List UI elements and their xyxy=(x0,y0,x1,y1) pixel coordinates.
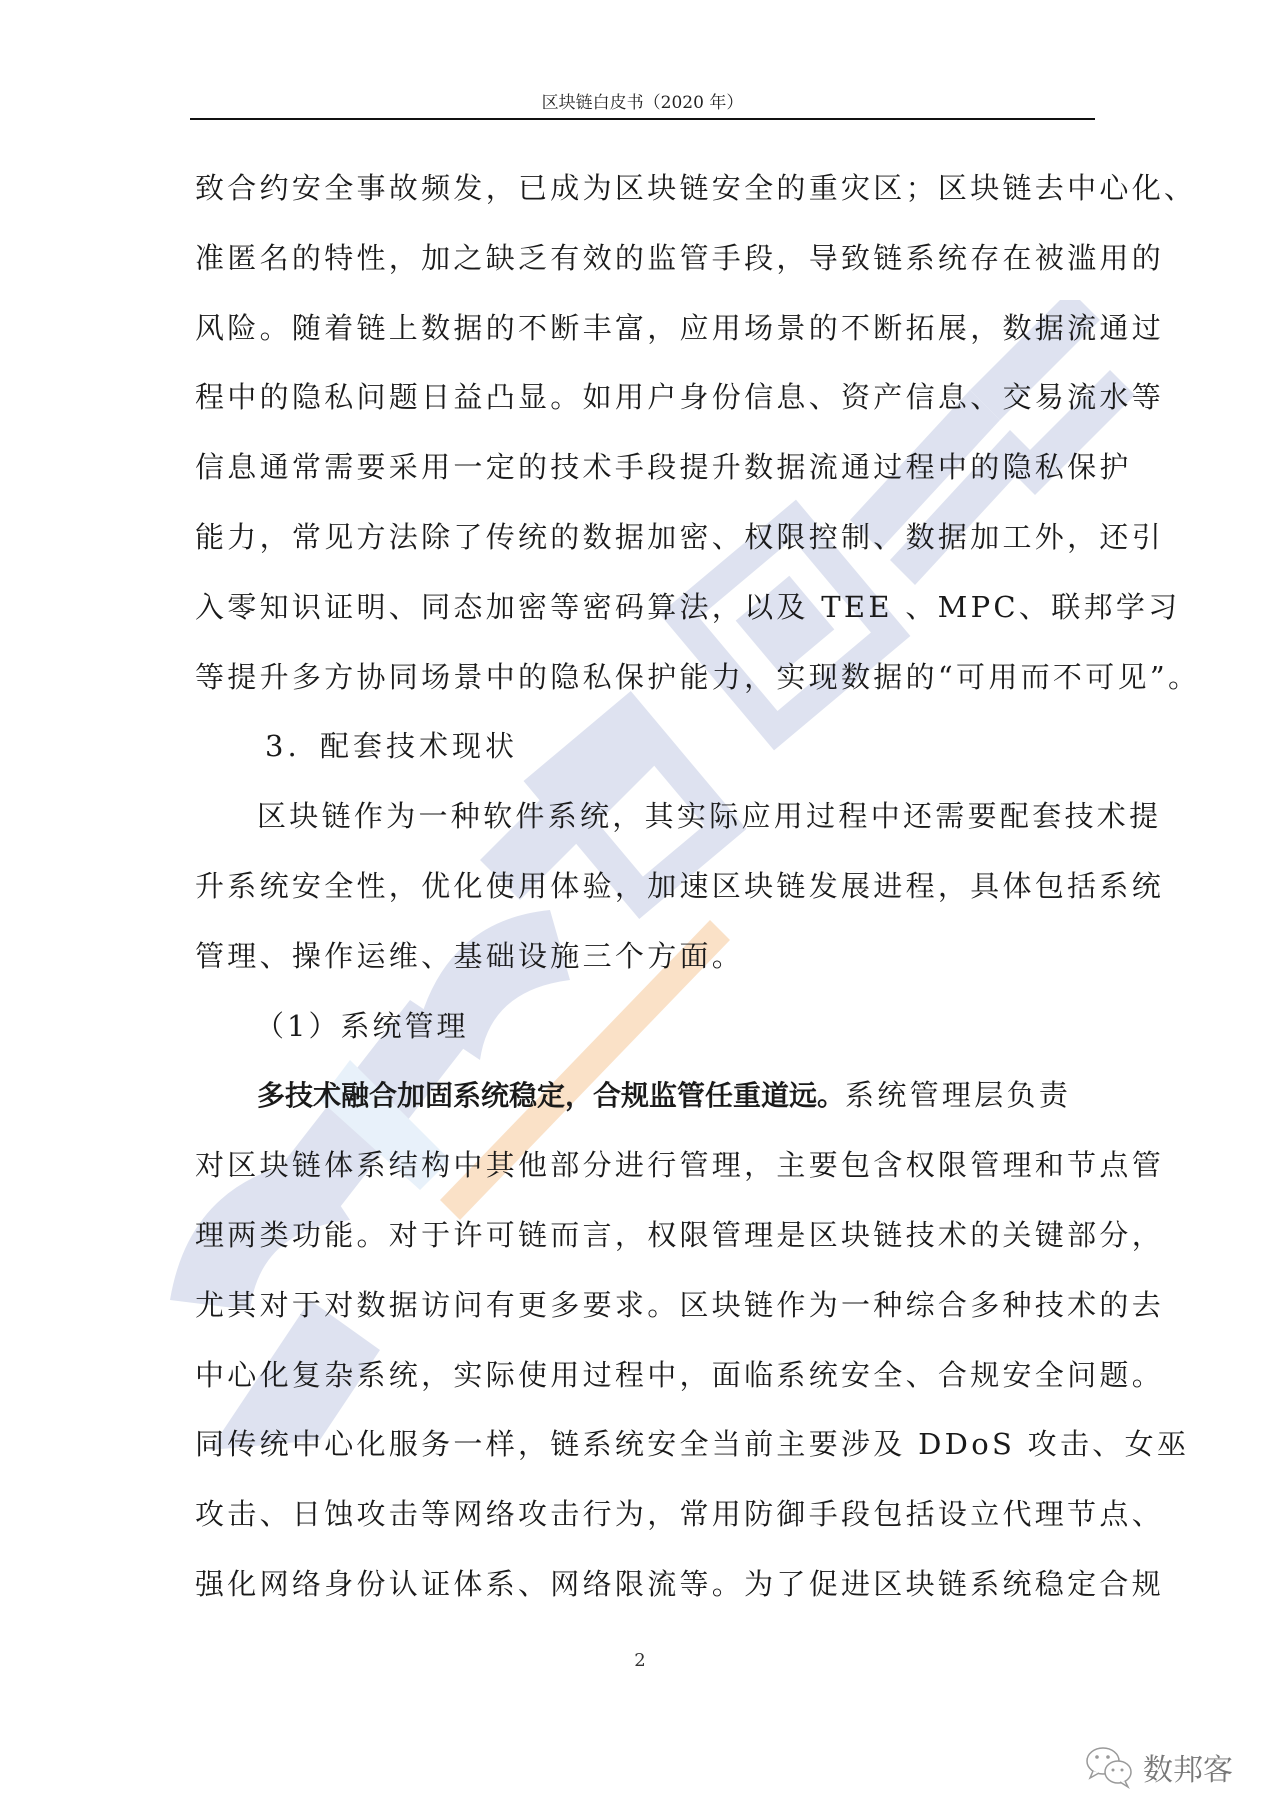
wechat-source-badge: 数邦客 xyxy=(1085,1745,1233,1789)
source-badge-label: 数邦客 xyxy=(1143,1745,1233,1789)
text-line: 致合约安全事故频发，已成为区块链安全的重灾区；区块链去中心化、 xyxy=(195,168,1095,238)
text-line: 入零知识证明、同态加密等密码算法，以及 TEE 、MPC、联邦学习 xyxy=(195,587,1095,657)
header-rule xyxy=(190,118,1095,120)
text-line: 攻击、日蚀攻击等网络攻击行为，常用防御手段包括设立代理节点、 xyxy=(195,1494,1095,1564)
section-title: 配套技术现状 xyxy=(320,729,518,763)
text-line: 能力，常见方法除了传统的数据加密、权限控制、数据加工外，还引 xyxy=(195,517,1095,587)
document-body: 致合约安全事故频发，已成为区块链安全的重灾区；区块链去中心化、 准匿名的特性，加… xyxy=(195,168,1095,1634)
text-line: 中心化复杂系统，实际使用过程中，面临系统安全、合规安全问题。 xyxy=(195,1355,1095,1425)
text-line: 信息通常需要采用一定的技术手段提升数据流通过程中的隐私保护 xyxy=(195,447,1095,517)
bold-lead-sentence: 多技术融合加固系统稳定，合规监管任重道远。 xyxy=(257,1079,845,1112)
section-heading: 3.配套技术现状 xyxy=(195,726,1095,796)
text-line: 等提升多方协同场景中的隐私保护能力，实现数据的“可用而不可见”。 xyxy=(195,657,1095,727)
text-line: 多技术融合加固系统稳定，合规监管任重道远。系统管理层负责 xyxy=(195,1075,1095,1145)
text-line: 程中的隐私问题日益凸显。如用户身份信息、资产信息、交易流水等 xyxy=(195,377,1095,447)
text-line: 升系统安全性，优化使用体验，加速区块链发展进程，具体包括系统 xyxy=(195,866,1095,936)
page-number: 2 xyxy=(0,1650,1280,1671)
text-line: 理两类功能。对于许可链而言，权限管理是区块链技术的关键部分， xyxy=(195,1215,1095,1285)
text-line: 强化网络身份认证体系、网络限流等。为了促进区块链系统稳定合规 xyxy=(195,1564,1095,1634)
running-header: 区块链白皮书（2020 年） xyxy=(190,88,1095,113)
text-line: 准匿名的特性，加之缺乏有效的监管手段，导致链系统存在被滥用的 xyxy=(195,238,1095,308)
text-line: 尤其对于对数据访问有更多要求。区块链作为一种综合多种技术的去 xyxy=(195,1285,1095,1355)
text-run: 系统管理层负责 xyxy=(845,1078,1071,1112)
section-number: 3. xyxy=(265,726,320,766)
text-line: 对区块链体系结构中其他部分进行管理，主要包含权限管理和节点管 xyxy=(195,1145,1095,1215)
text-line: 风险。随着链上数据的不断丰富，应用场景的不断拓展，数据流通过 xyxy=(195,308,1095,378)
subsection-heading: （1）系统管理 xyxy=(195,1006,1095,1076)
text-line: 同传统中心化服务一样，链系统安全当前主要涉及 DDoS 攻击、女巫 xyxy=(195,1424,1095,1494)
text-line: 管理、操作运维、基础设施三个方面。 xyxy=(195,936,1095,1006)
text-line: 区块链作为一种软件系统，其实际应用过程中还需要配套技术提 xyxy=(195,796,1095,866)
wechat-icon xyxy=(1085,1745,1135,1789)
